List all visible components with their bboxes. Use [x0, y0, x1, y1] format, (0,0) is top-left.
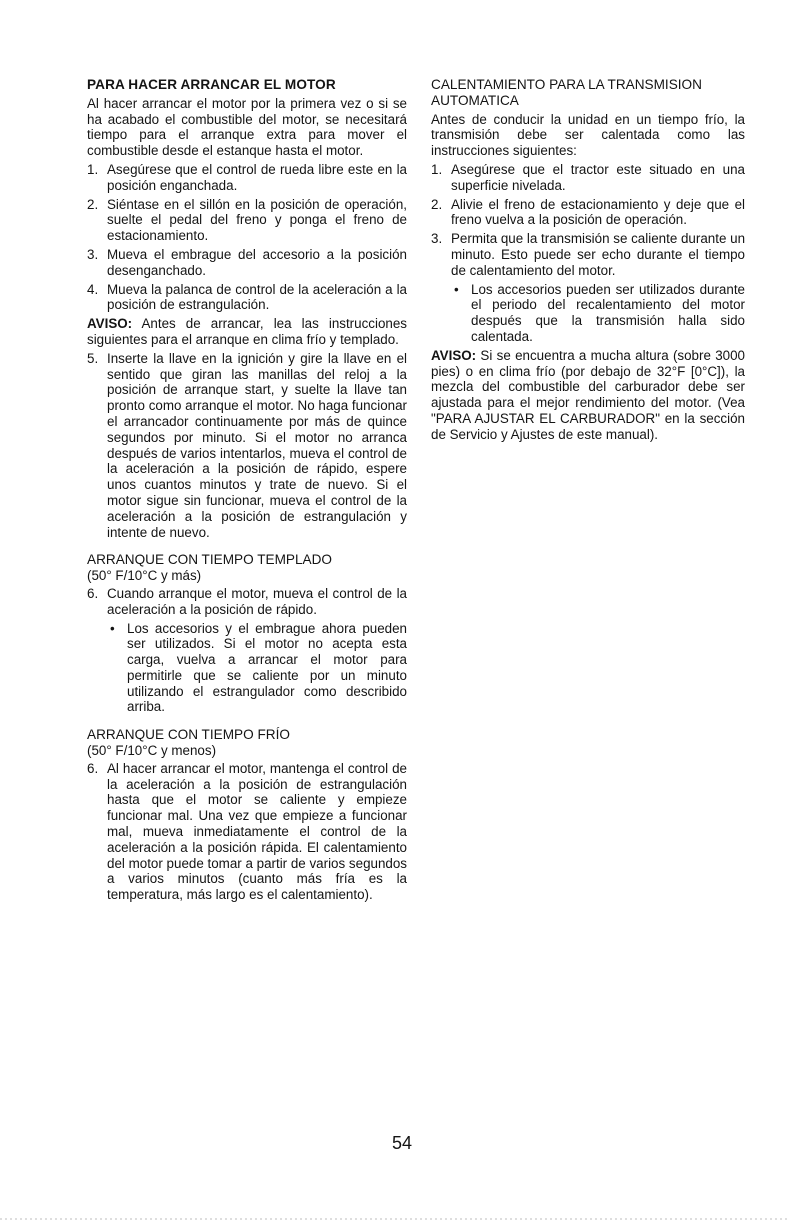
warm-step-6: 6. Cuando arranque el motor, mueva el co… — [87, 586, 407, 618]
section-title-transmission-warmup: CALENTAMIENTO PARA LA TRANSMISION AUTOMA… — [431, 77, 745, 109]
accessories-bullet: • Los accesorios pueden ser utilizados d… — [451, 282, 745, 345]
step-number: 1. — [431, 162, 442, 178]
bullet-icon: • — [454, 282, 459, 298]
right-column: CALENTAMIENTO PARA LA TRANSMISION AUTOMA… — [431, 77, 745, 446]
notice-paragraph: AVISO: Antes de arrancar, lea las instru… — [87, 316, 407, 348]
notice-label: AVISO: — [431, 348, 476, 363]
step-1: 1. Asegúrese que el tractor este situado… — [431, 162, 745, 194]
step-text: Alivie el freno de estacionamiento y dej… — [451, 197, 745, 228]
step-text: Cuando arranque el motor, mueva el contr… — [107, 586, 407, 617]
bullet-icon: • — [110, 621, 115, 637]
intro-paragraph: Antes de conducir la unidad en un tiempo… — [431, 112, 745, 159]
step-2: 2. Siéntase en el sillón en la posición … — [87, 197, 407, 244]
cold-step-6: 6. Al hacer arrancar el motor, mantenga … — [87, 761, 407, 903]
step-4: 4. Mueva la palanca de control de la ace… — [87, 282, 407, 314]
step-text: Siéntase en el sillón en la posición de … — [107, 197, 407, 244]
step-2: 2. Alivie el freno de estacionamiento y … — [431, 197, 745, 229]
warm-weather-heading: ARRANQUE CON TIEMPO TEMPLADO — [87, 552, 407, 568]
notice-paragraph: AVISO: Si se encuentra a mucha altura (s… — [431, 348, 745, 443]
step-number: 6. — [87, 761, 98, 777]
notice-label: AVISO: — [87, 316, 132, 331]
step-number: 1. — [87, 162, 98, 178]
cold-weather-heading: ARRANQUE CON TIEMPO FRÍO — [87, 727, 407, 743]
step-5: 5. Inserte la llave en la ignición y gir… — [87, 351, 407, 541]
intro-paragraph: Al hacer arrancar el motor por la primer… — [87, 96, 407, 159]
bullet-text: Los accesorios pueden ser utilizados dur… — [471, 282, 745, 344]
step-text: Inserte la llave en la ignición y gire l… — [107, 351, 407, 540]
page-number: 54 — [392, 1133, 412, 1154]
step-text: Permita que la transmisión se caliente d… — [451, 231, 745, 278]
step-1: 1. Asegúrese que el control de rueda lib… — [87, 162, 407, 194]
left-column: PARA HACER ARRANCAR EL MOTOR Al hacer ar… — [87, 77, 407, 906]
step-text: Asegúrese que el control de rueda libre … — [107, 162, 407, 193]
step-number: 6. — [87, 586, 98, 602]
step-text: Mueva el embrague del accesorio a la pos… — [107, 247, 407, 278]
step-number: 5. — [87, 351, 98, 367]
step-number: 2. — [87, 197, 98, 213]
step-3: 3. Permita que la transmisión se calient… — [431, 231, 745, 278]
step-text: Asegúrese que el tractor este situado en… — [451, 162, 745, 193]
step-number: 3. — [431, 231, 442, 247]
step-number: 2. — [431, 197, 442, 213]
scan-edge-divider — [0, 1218, 790, 1220]
cold-weather-subheading: (50° F/10°C y menos) — [87, 743, 407, 759]
step-number: 4. — [87, 282, 98, 298]
step-number: 3. — [87, 247, 98, 263]
warm-weather-subheading: (50° F/10°C y más) — [87, 568, 407, 584]
step-text: Al hacer arrancar el motor, mantenga el … — [107, 761, 407, 902]
warm-bullet: • Los accesorios y el embrague ahora pue… — [107, 621, 407, 716]
step-3: 3. Mueva el embrague del accesorio a la … — [87, 247, 407, 279]
notice-text: Antes de arrancar, lea las instrucciones… — [87, 316, 407, 347]
section-title-start-engine: PARA HACER ARRANCAR EL MOTOR — [87, 77, 407, 93]
bullet-text: Los accesorios y el embrague ahora puede… — [127, 621, 407, 715]
step-text: Mueva la palanca de control de la aceler… — [107, 282, 407, 313]
manual-page: PARA HACER ARRANCAR EL MOTOR Al hacer ar… — [0, 0, 790, 1222]
notice-text: Si se encuentra a mucha altura (sobre 30… — [431, 348, 745, 442]
